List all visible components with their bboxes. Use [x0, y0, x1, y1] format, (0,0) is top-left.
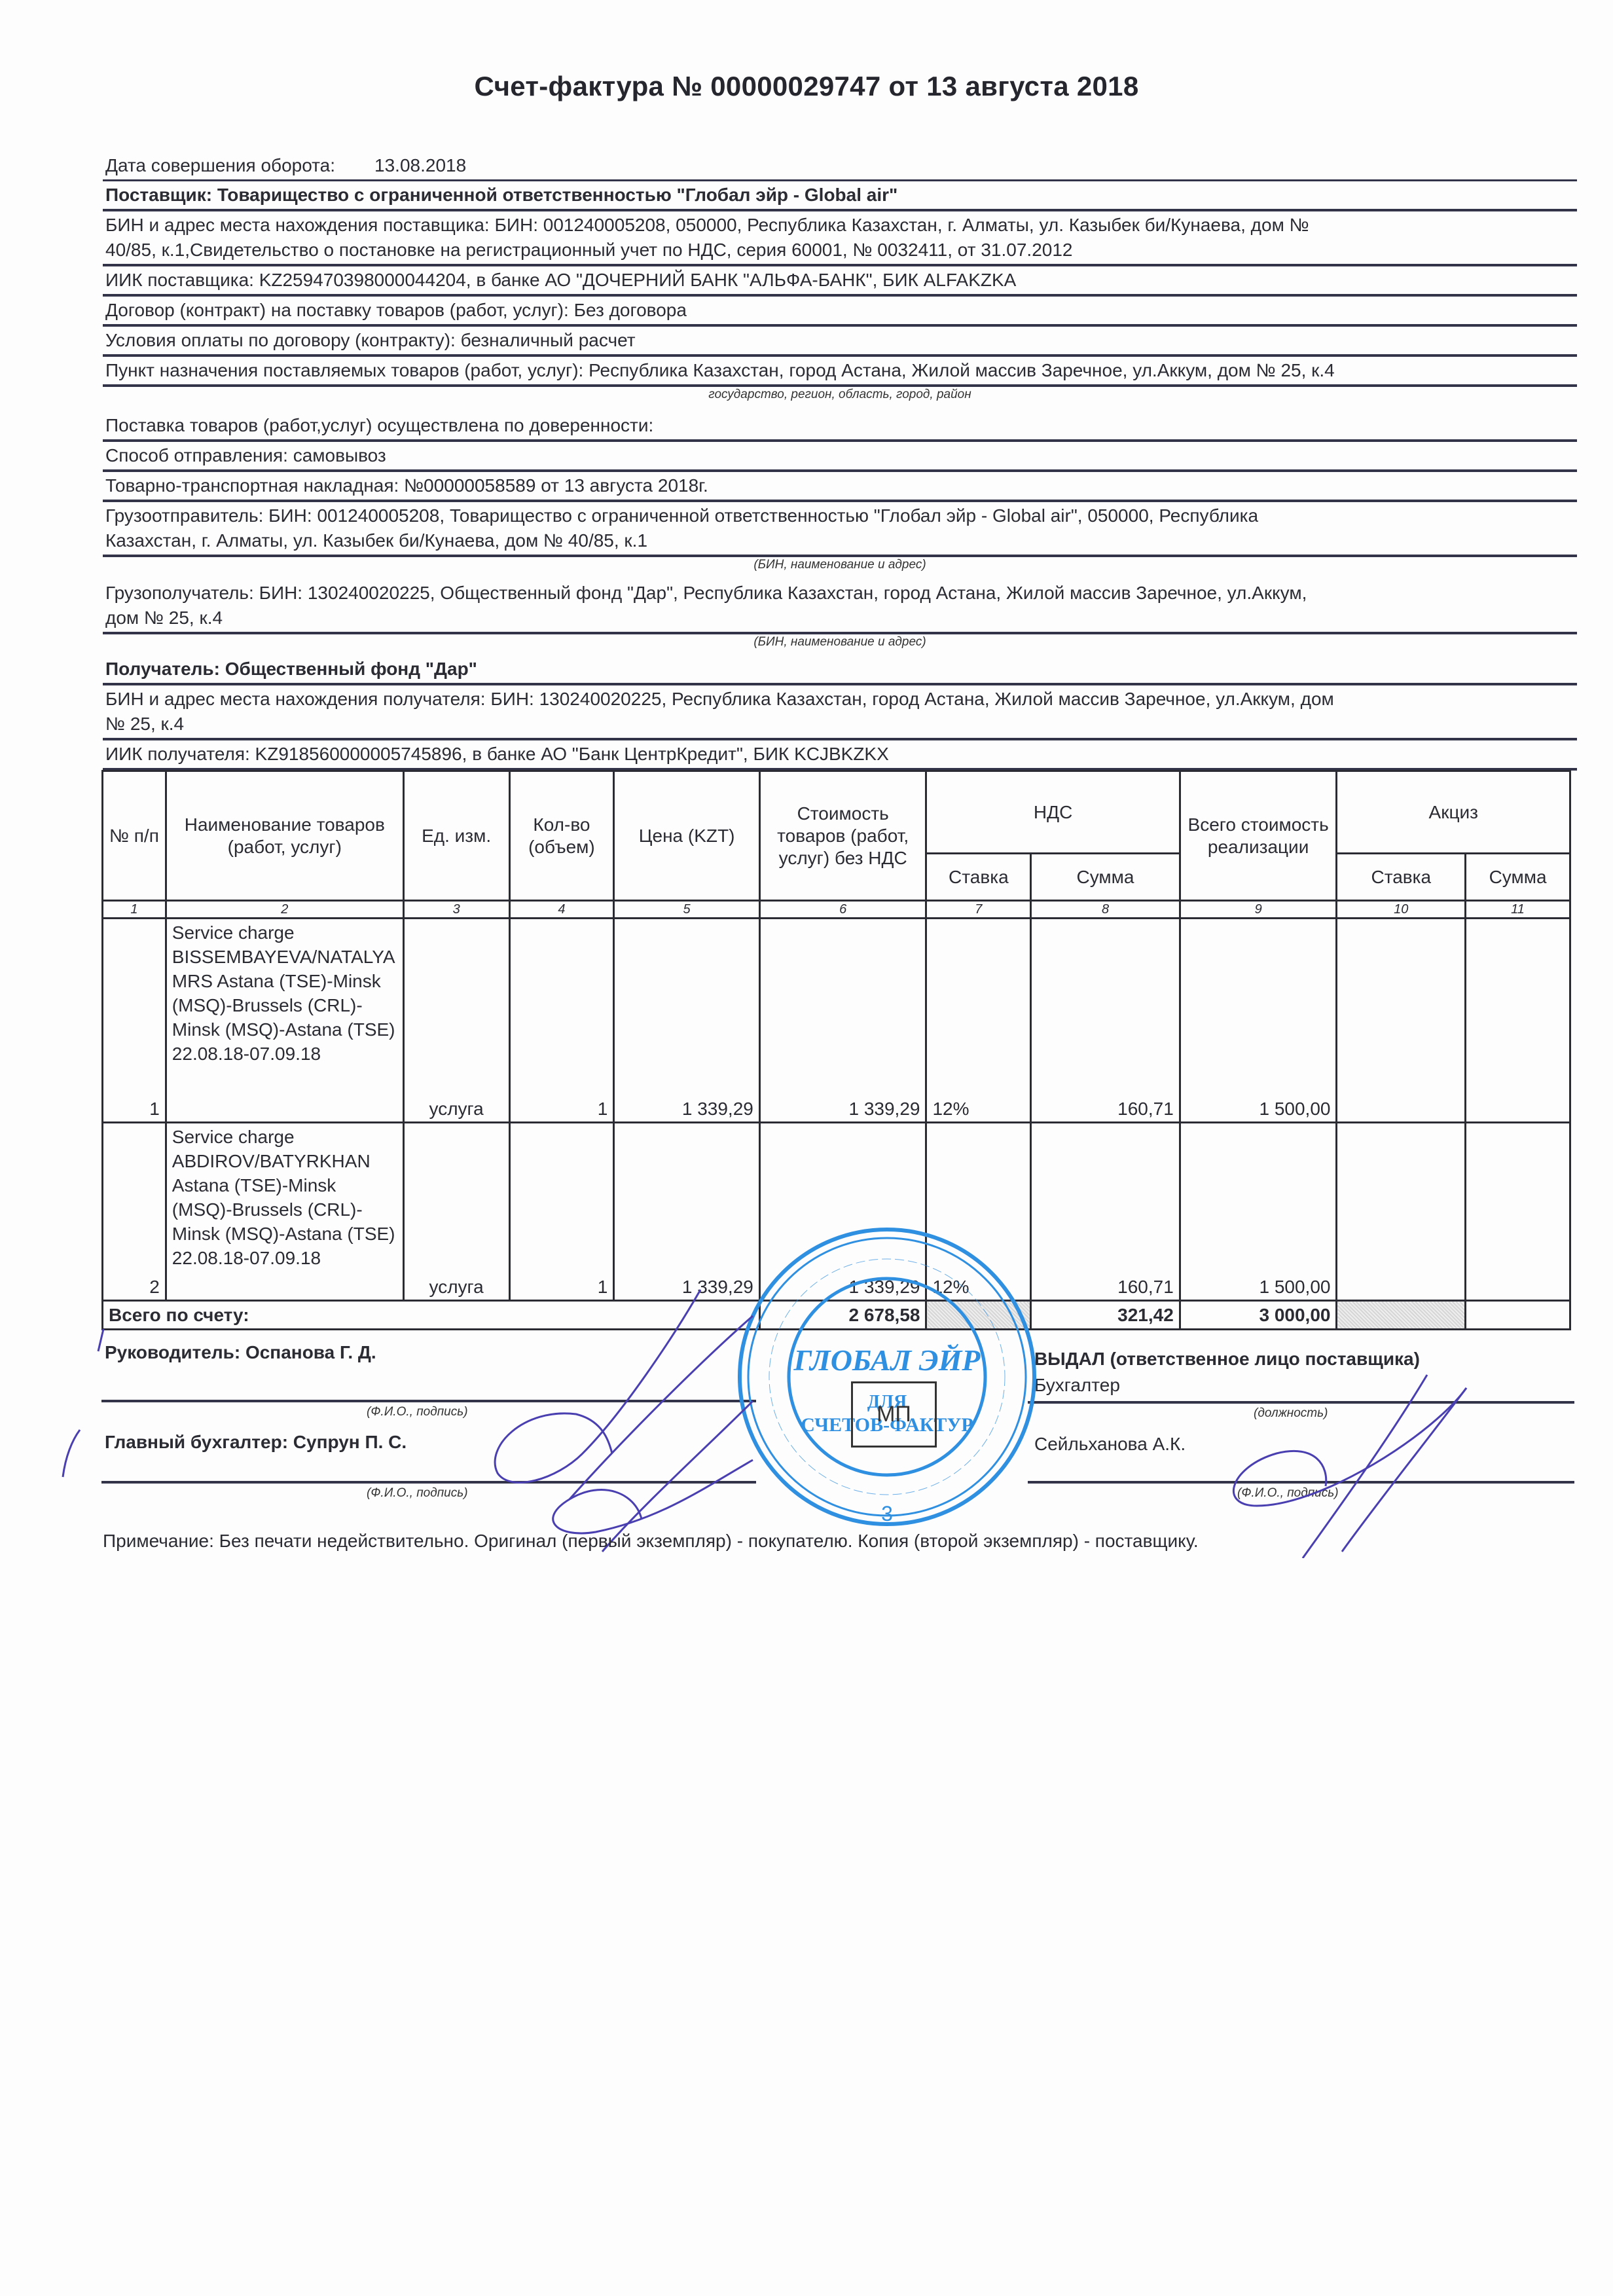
col-header-vat: НДС — [926, 771, 1180, 854]
turnover-date-value: 13.08.2018 — [374, 153, 466, 178]
recipient-iik: ИИК получателя: KZ918560000005745896, в … — [103, 740, 1577, 771]
total-excise-sum — [1466, 1301, 1570, 1330]
power-of-attorney: Поставка товаров (работ,услуг) осуществл… — [103, 412, 1577, 442]
row-num: 2 — [103, 1123, 166, 1301]
svg-text:3: 3 — [881, 1502, 893, 1525]
supplier-bin-address-line1: БИН и адрес места нахождения поставщика:… — [105, 213, 1574, 238]
row-vat-sum: 160,71 — [1031, 919, 1180, 1123]
column-number: 10 — [1337, 901, 1466, 919]
consignor: Грузоотправитель: БИН: 001240005208, Тов… — [103, 502, 1577, 557]
dispatch-method: Способ отправления: самовывоз — [103, 442, 1577, 472]
row-excise-sum — [1466, 1123, 1570, 1301]
supplier-name: Поставщик: Товарищество с ограниченной о… — [103, 181, 1577, 211]
row-vat-rate: 12% — [926, 919, 1031, 1123]
supplier-bin-address-line2: 40/85, к.1,Свидетельство о постановке на… — [105, 238, 1574, 263]
row-qty: 1 — [509, 919, 614, 1123]
issuer-position: Бухгалтер — [1034, 1374, 1120, 1397]
table-header-row-1: № п/п Наименование товаров (работ, услуг… — [103, 771, 1570, 854]
table-row: 1 Service charge BISSEMBAYEVA/NATALYA MR… — [103, 919, 1570, 1123]
recipient-bin-address-line1: БИН и адрес места нахождения получателя:… — [105, 687, 1574, 712]
supplier-contract: Договор (контракт) на поставку товаров (… — [103, 297, 1577, 327]
row-price: 1 339,29 — [614, 919, 760, 1123]
row-qty: 1 — [509, 1123, 614, 1301]
consignor-line1: Грузоотправитель: БИН: 001240005208, Тов… — [105, 503, 1574, 528]
header-block: Дата совершения оборота: 13.08.2018 Пост… — [103, 152, 1577, 771]
col-header-excise-sum: Сумма — [1466, 854, 1570, 901]
col-header-total: Всего стоимость реализации — [1180, 771, 1337, 901]
total-amount: 3 000,00 — [1180, 1301, 1337, 1330]
row-unit: услуга — [403, 919, 509, 1123]
column-number: 1 — [103, 901, 166, 919]
column-number: 8 — [1031, 901, 1180, 919]
row-excise-rate — [1337, 1123, 1466, 1301]
col-header-price: Цена (KZT) — [614, 771, 760, 901]
consignor-line2: Казахстан, г. Алматы, ул. Казыбек би/Кун… — [105, 528, 1574, 553]
col-header-unit: Ед. изм. — [403, 771, 509, 901]
director-signature-scribble-icon — [426, 1283, 792, 1558]
col-header-vat-rate: Ставка — [926, 854, 1031, 901]
consignee-line1: Грузополучатель: БИН: 130240020225, Обще… — [105, 581, 1574, 606]
column-number: 2 — [166, 901, 403, 919]
chief-accountant-label: Главный бухгалтер: Супрун П. С. — [105, 1430, 407, 1454]
destination-caption: государство, регион, область, город, рай… — [103, 387, 1577, 403]
col-header-name: Наименование товаров (работ, услуг) — [166, 771, 403, 901]
invoice-page: Счет-фактура № 00000029747 от 13 августа… — [0, 0, 1613, 2296]
row-total: 1 500,00 — [1180, 1123, 1337, 1301]
row-name: Service charge ABDIROV/BATYRKHAN Astana … — [166, 1123, 403, 1301]
supplier-payment-terms: Условия оплаты по договору (контракту): … — [103, 327, 1577, 357]
issuer-signature-scribble-icon — [1191, 1362, 1519, 1558]
consignee: Грузополучатель: БИН: 130240020225, Обще… — [103, 579, 1577, 634]
pen-mark-icon — [58, 1427, 84, 1480]
recipient-bin-address-line2: № 25, к.4 — [105, 712, 1574, 737]
recipient-bin-address: БИН и адрес места нахождения получателя:… — [103, 685, 1577, 740]
supplier-iik: ИИК поставщика: KZ259470398000044204, в … — [103, 266, 1577, 297]
consignee-caption: (БИН, наименование и адрес) — [103, 634, 1577, 650]
total-vat-sum: 321,42 — [1031, 1301, 1180, 1330]
consignee-line2: дом № 25, к.4 — [105, 606, 1574, 630]
col-header-qty: Кол-во (объем) — [509, 771, 614, 901]
mp-seal-box: МП — [851, 1381, 937, 1448]
column-number: 7 — [926, 901, 1031, 919]
row-vat-sum: 160,71 — [1031, 1123, 1180, 1301]
row-name: Service charge BISSEMBAYEVA/NATALYA MRS … — [166, 919, 403, 1123]
column-number: 11 — [1466, 901, 1570, 919]
consignor-caption: (БИН, наименование и адрес) — [103, 557, 1577, 573]
recipient-name: Получатель: Общественный фонд "Дар" — [103, 655, 1577, 685]
director-label: Руководитель: Оспанова Г. Д. — [105, 1341, 376, 1364]
invoice-note: Примечание: Без печати недействительно. … — [103, 1531, 1199, 1552]
turnover-date-row: Дата совершения оборота: 13.08.2018 — [103, 152, 1577, 181]
row-total: 1 500,00 — [1180, 919, 1337, 1123]
col-header-cost-wo-vat: Стоимость товаров (работ, услуг) без НДС — [759, 771, 926, 901]
col-header-num: № п/п — [103, 771, 166, 901]
row-num: 1 — [103, 919, 166, 1123]
document-title: Счет-фактура № 00000029747 от 13 августа… — [0, 71, 1613, 102]
column-number: 3 — [403, 901, 509, 919]
row-cost-wo-vat: 1 339,29 — [759, 919, 926, 1123]
col-header-excise: Акциз — [1337, 771, 1570, 854]
column-number: 5 — [614, 901, 760, 919]
waybill: Товарно-транспортная накладная: №0000005… — [103, 472, 1577, 502]
column-number: 6 — [759, 901, 926, 919]
column-number-row: 1 2 3 4 5 6 7 8 9 10 11 — [103, 901, 1570, 919]
issuer-name: Сейльханова А.К. — [1034, 1432, 1186, 1456]
turnover-date-label: Дата совершения оборота: — [105, 153, 335, 178]
column-number: 9 — [1180, 901, 1337, 919]
supplier-destination: Пункт назначения поставляемых товаров (р… — [103, 357, 1577, 387]
row-excise-sum — [1466, 919, 1570, 1123]
supplier-bin-address: БИН и адрес места нахождения поставщика:… — [103, 211, 1577, 266]
row-unit: услуга — [403, 1123, 509, 1301]
col-header-excise-rate: Ставка — [1337, 854, 1466, 901]
column-number: 4 — [509, 901, 614, 919]
row-excise-rate — [1337, 919, 1466, 1123]
pen-mark-icon — [92, 1328, 111, 1354]
stamp-title: ГЛОБАЛ ЭЙР — [793, 1343, 981, 1377]
col-header-vat-sum: Сумма — [1031, 854, 1180, 901]
total-excise-rate-shaded — [1337, 1301, 1466, 1330]
